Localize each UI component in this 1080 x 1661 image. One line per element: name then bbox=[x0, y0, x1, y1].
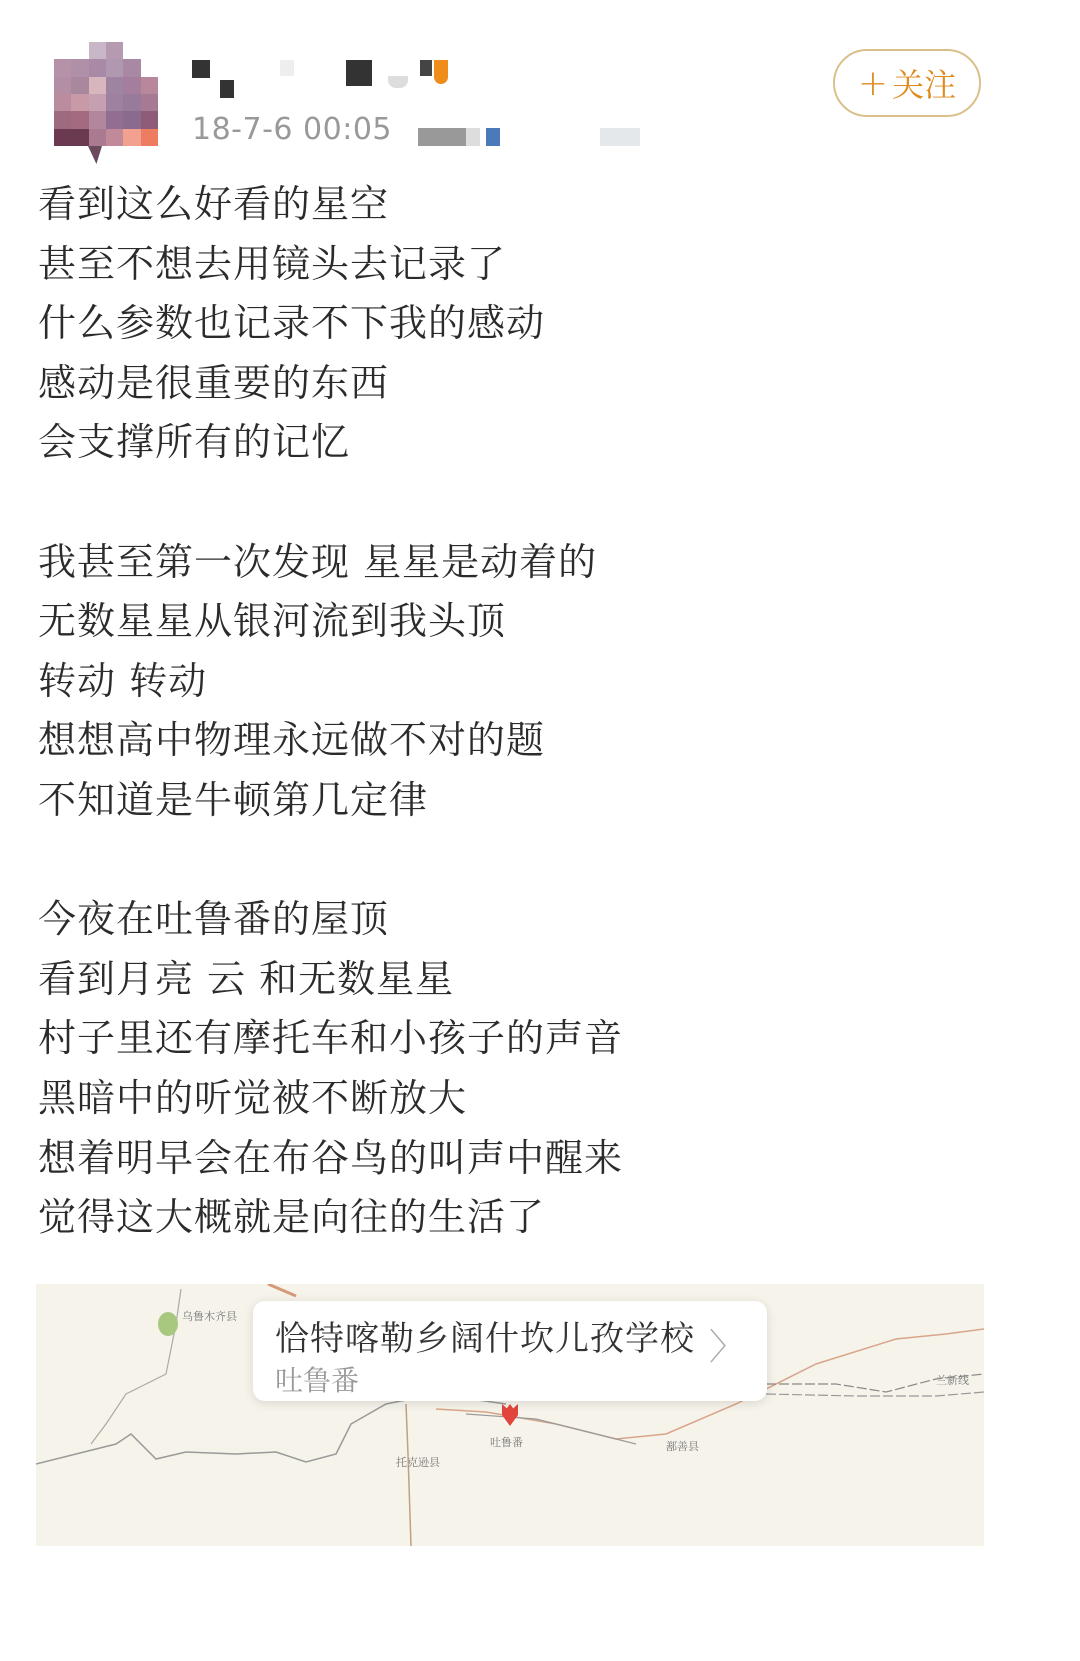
follow-button[interactable]: + 关注 bbox=[833, 49, 981, 117]
post-body: 看到这么好看的星空 甚至不想去用镜头去记录了 什么参数也记录不下我的感动 感动是… bbox=[38, 175, 1038, 1248]
post-line: 黑暗中的听觉被不断放大 bbox=[38, 1069, 1038, 1129]
post-line: 看到这么好看的星空 bbox=[38, 175, 1038, 235]
post-line: 什么参数也记录不下我的感动 bbox=[38, 294, 1038, 354]
blank-line bbox=[38, 831, 1038, 891]
post-line: 感动是很重要的东西 bbox=[38, 354, 1038, 414]
post-line: 会支撑所有的记忆 bbox=[38, 413, 1038, 473]
post-line: 想着明早会在布谷鸟的叫声中醒来 bbox=[38, 1129, 1038, 1189]
map-label-toksun-county: 托克逊县 bbox=[396, 1454, 440, 1470]
post-line: 村子里还有摩托车和小孩子的声音 bbox=[38, 1009, 1038, 1069]
post-line: 转动 转动 bbox=[38, 652, 1038, 712]
avatar[interactable] bbox=[54, 42, 158, 146]
follow-label: 关注 bbox=[892, 60, 956, 106]
post-line: 无数星星从银河流到我头顶 bbox=[38, 592, 1038, 652]
avatar-tail bbox=[88, 146, 102, 164]
post-line: 不知道是牛顿第几定律 bbox=[38, 771, 1038, 831]
plus-icon: + bbox=[858, 63, 888, 104]
post-line: 看到月亮 云 和无数星星 bbox=[38, 950, 1038, 1010]
author-name-blurred[interactable] bbox=[192, 58, 492, 98]
post-line: 今夜在吐鲁番的屋顶 bbox=[38, 890, 1038, 950]
map-label-railway: 兰新线 bbox=[936, 1372, 969, 1388]
map-label-turpan: 吐鲁番 bbox=[490, 1434, 523, 1450]
map-label-urumqi-county: 乌鲁木齐县 bbox=[182, 1308, 237, 1324]
vip-badge-icon bbox=[434, 60, 448, 84]
post-line: 我甚至第一次发现 星星是动着的 bbox=[38, 533, 1038, 593]
location-title: 恰特喀勒乡阔什坎儿孜学校 bbox=[275, 1311, 695, 1360]
location-card[interactable]: 恰特喀勒乡阔什坎儿孜学校 吐鲁番 〉 bbox=[253, 1301, 767, 1401]
map-label-shanshan-county: 鄯善县 bbox=[666, 1438, 699, 1454]
post-timestamp: 18-7-6 00:05 bbox=[192, 112, 392, 147]
chevron-right-icon: 〉 bbox=[709, 1319, 745, 1370]
post-source-blurred bbox=[418, 128, 466, 146]
source-icon bbox=[486, 128, 500, 146]
blank-line bbox=[38, 473, 1038, 533]
post-line: 觉得这大概就是向往的生活了 bbox=[38, 1188, 1038, 1248]
location-subtitle: 吐鲁番 bbox=[275, 1359, 359, 1399]
post-line: 甚至不想去用镜头去记录了 bbox=[38, 235, 1038, 295]
post-line: 想想高中物理永远做不对的题 bbox=[38, 711, 1038, 771]
